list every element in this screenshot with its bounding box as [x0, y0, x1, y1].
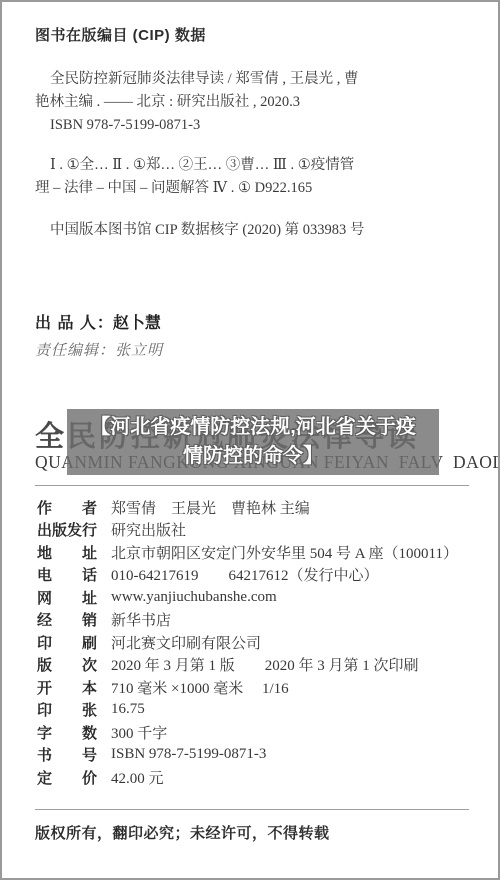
- colophon-row-label: 印刷: [37, 632, 97, 653]
- colophon-row-value: 2020 年 3 月第 1 版 2020 年 3 月第 1 次印刷: [111, 654, 419, 675]
- copyright-notice: 版权所有，翻印必究；未经许可，不得转载: [35, 822, 330, 843]
- cip-class-line-2: 理 – 法律 – 中国 – 问题解答 Ⅳ . ① D922.165: [35, 177, 465, 200]
- producer-label: 出 品 人: [35, 315, 97, 332]
- colophon-row-label: 作者: [37, 497, 97, 518]
- colophon-row-value: 300 千字: [111, 722, 167, 743]
- colophon-row: 作者郑雪倩 王晨光 曹艳林 主编: [37, 496, 467, 519]
- page-frame: 图书在版编目 (CIP) 数据 全民防控新冠肺炎法律导读 / 郑雪倩 , 王晨光…: [0, 0, 500, 880]
- editor-colon: ：: [99, 343, 115, 359]
- producer-colon: ：: [97, 315, 113, 332]
- cip-class-line-1: Ⅰ . ①全… Ⅱ . ①郑… ②王… ③曹… Ⅲ . ①疫情管: [50, 154, 465, 177]
- cip-record-line: 中国版本图书馆 CIP 数据核字 (2020) 第 033983 号: [50, 218, 364, 239]
- colophon-row-label: 定价: [37, 767, 97, 788]
- colophon-row-label: 印张: [37, 699, 97, 720]
- colophon-row-value: 16.75: [111, 701, 145, 718]
- colophon-row: 印张16.75: [37, 699, 467, 722]
- colophon-row-label: 版次: [37, 654, 97, 675]
- colophon-row: 电话010-64217619 64217612（发行中心）: [37, 564, 467, 587]
- colophon-row-label: 网址: [37, 587, 97, 608]
- caption-line-2: 情防控的命令】: [183, 442, 323, 471]
- colophon-row-label: 经销: [37, 609, 97, 630]
- colophon-row-value: 710 毫米 ×1000 毫米 1/16: [111, 677, 289, 698]
- colophon-row: 出版发行研究出版社: [37, 519, 467, 542]
- colophon-row: 网址www.yanjiuchubanshe.com: [37, 586, 467, 609]
- producer-row: 出 品 人：赵卜慧: [35, 310, 161, 333]
- cip-entry-line-1: 全民防控新冠肺炎法律导读 / 郑雪倩 , 王晨光 , 曹: [50, 68, 455, 91]
- colophon-row-value: 研究出版社: [111, 519, 186, 540]
- colophon-row-label: 电话: [37, 564, 97, 585]
- colophon-row-label: 书号: [37, 744, 97, 765]
- editor-label: 责任编辑: [35, 343, 99, 359]
- colophon-row-value: 郑雪倩 王晨光 曹艳林 主编: [111, 497, 310, 518]
- colophon-row: 书号ISBN 978-7-5199-0871-3: [37, 744, 467, 767]
- editor-name: 张立明: [115, 343, 163, 359]
- colophon-row-value: 010-64217619 64217612（发行中心）: [111, 564, 379, 585]
- colophon-row-label: 地址: [37, 542, 97, 563]
- separator-line-bottom: [35, 809, 469, 810]
- colophon-row-value: www.yanjiuchubanshe.com: [111, 589, 277, 606]
- caption-line-1: 【河北省疫情防控法规,河北省关于疫: [90, 413, 416, 442]
- colophon-row-label: 字数: [37, 722, 97, 743]
- colophon-row: 定价42.00 元: [37, 766, 467, 789]
- cip-classification: Ⅰ . ①全… Ⅱ . ①郑… ②王… ③曹… Ⅲ . ①疫情管 理 – 法律 …: [35, 154, 465, 200]
- colophon-row-value: 42.00 元: [111, 767, 164, 788]
- colophon-rows: 作者郑雪倩 王晨光 曹艳林 主编出版发行研究出版社地址北京市朝阳区安定门外安华里…: [37, 496, 467, 789]
- editor-row: 责任编辑：张立明: [35, 339, 163, 360]
- colophon-row-label: 开本: [37, 677, 97, 698]
- colophon-row: 印刷河北赛文印刷有限公司: [37, 631, 467, 654]
- cip-isbn-line: ISBN 978-7-5199-0871-3: [50, 114, 455, 137]
- cip-heading: 图书在版编目 (CIP) 数据: [35, 24, 206, 45]
- producer-name: 赵卜慧: [113, 315, 161, 332]
- colophon-row-value: ISBN 978-7-5199-0871-3: [111, 746, 266, 763]
- cip-entry-paragraph: 全民防控新冠肺炎法律导读 / 郑雪倩 , 王晨光 , 曹 艳林主编 . —— 北…: [35, 68, 455, 137]
- colophon-row-value: 新华书店: [111, 609, 171, 630]
- colophon-row: 地址北京市朝阳区安定门外安华里 504 号 A 座（100011）: [37, 541, 467, 564]
- caption-overlay: 【河北省疫情防控法规,河北省关于疫 情防控的命令】: [67, 409, 439, 475]
- colophon-section: 作者郑雪倩 王晨光 曹艳林 主编出版发行研究出版社地址北京市朝阳区安定门外安华里…: [37, 496, 467, 789]
- colophon-row: 开本710 毫米 ×1000 毫米 1/16: [37, 676, 467, 699]
- colophon-row: 经销新华书店: [37, 609, 467, 632]
- colophon-row: 版次2020 年 3 月第 1 版 2020 年 3 月第 1 次印刷: [37, 654, 467, 677]
- cip-entry-line-2: 艳林主编 . —— 北京 : 研究出版社 , 2020.3: [35, 91, 455, 114]
- colophon-row-value: 北京市朝阳区安定门外安华里 504 号 A 座（100011）: [111, 542, 458, 563]
- colophon-row-label: 出版发行: [37, 519, 97, 540]
- colophon-row-value: 河北赛文印刷有限公司: [111, 632, 261, 653]
- colophon-row: 字数300 千字: [37, 721, 467, 744]
- separator-line-top: [35, 485, 469, 486]
